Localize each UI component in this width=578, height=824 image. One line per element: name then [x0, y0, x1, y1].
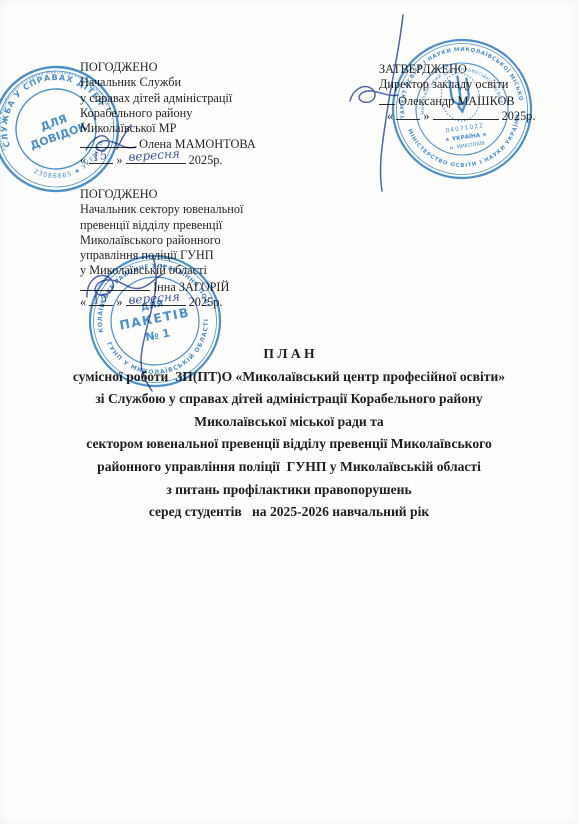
document-title-block: П Л А Н сумісної роботи ЗП(ПТ)О «Миколаї… [0, 343, 578, 524]
stamp-center-text: ДЛЯ [39, 112, 69, 134]
date-year: 2025р. [189, 153, 223, 167]
quote-close: » [116, 295, 122, 309]
handwritten-day: 15 [92, 148, 109, 166]
approval-line: превенції відділу превенції [80, 218, 243, 233]
document-title: П Л А Н [0, 343, 578, 366]
stamp-city: м. МИКОЛАЇВ [449, 140, 486, 152]
date-line: « 15 » вересня 2025р. [80, 294, 243, 309]
date-year: 2025р. [502, 109, 536, 123]
approval-block-service: ПОГОДЖЕНО Начальник Служби у справах діт… [80, 60, 256, 167]
date-day-line: 15 [89, 152, 113, 164]
approval-line: Миколаївського районного [80, 233, 243, 248]
signature-line [379, 93, 395, 105]
date-month-line: вересня [126, 294, 186, 306]
title-line: зі Службою у справах дітей адміністрації… [0, 388, 578, 411]
approval-heading: ПОГОДЖЕНО [80, 60, 256, 75]
approval-line: Директор закладу освіти [379, 77, 535, 92]
handwritten-month: вересня [127, 147, 179, 166]
date-year: 2025р. [189, 295, 223, 309]
title-line: з питань профілактики правопорушень [0, 479, 578, 502]
approval-block-police: ПОГОДЖЕНО Начальник сектору ювенальної п… [80, 187, 243, 309]
approval-line: Миколаївської МР [80, 121, 256, 136]
date-line: « 15 » вересня 2025р. [80, 152, 256, 167]
signatory-name: Олександр МАШКОВ [398, 94, 514, 108]
approval-heading: ЗАТВЕРДЖЕНО [379, 62, 535, 77]
approval-heading: ПОГОДЖЕНО [80, 187, 243, 202]
approval-block-director: ЗАТВЕРДЖЕНО Директор закладу освіти Олек… [379, 62, 535, 123]
stamp-center-text: № 1 [144, 326, 171, 343]
signature-line [80, 136, 136, 148]
signature-name-line: Олександр МАШКОВ [379, 93, 535, 108]
approval-line: Начальник сектору ювенальної [80, 202, 243, 217]
quote-open: « [80, 295, 86, 309]
signature-line [80, 279, 150, 291]
document-page: ПОГОДЖЕНО Начальник Служби у справах діт… [0, 0, 578, 824]
quote-open: « [387, 109, 393, 123]
handwritten-month: вересня [127, 289, 179, 308]
approval-line: Корабельного району [80, 106, 256, 121]
date-month-line [433, 108, 499, 120]
approval-line: у Миколаївській області [80, 263, 243, 278]
approval-line: управління поліції ГУНП [80, 248, 243, 263]
title-line: серед студентів на 2025-2026 навчальний … [0, 501, 578, 524]
quote-close: » [423, 109, 429, 123]
title-line: сумісної роботи ЗП(ПТ)О «Миколаївський ц… [0, 366, 578, 389]
handwritten-day: 15 [92, 290, 109, 308]
date-line: « » 2025р. [379, 108, 535, 123]
stamp-country: ★ УКРАЇНА ★ [445, 131, 488, 144]
quote-open: « [80, 153, 86, 167]
title-line: районного управління поліції ГУНП у Мико… [0, 456, 578, 479]
quote-close: » [116, 153, 122, 167]
date-day-line: 15 [89, 294, 113, 306]
title-line: Миколаївської міської ради та [0, 411, 578, 434]
approval-line: Начальник Служби [80, 75, 256, 90]
approval-line: у справах дітей адміністрації [80, 91, 256, 106]
title-line: сектором ювенальної превенції відділу пр… [0, 433, 578, 456]
stamp-code: 04071022 [445, 122, 484, 134]
date-month-line: вересня [126, 152, 186, 164]
date-day-line [396, 108, 420, 120]
